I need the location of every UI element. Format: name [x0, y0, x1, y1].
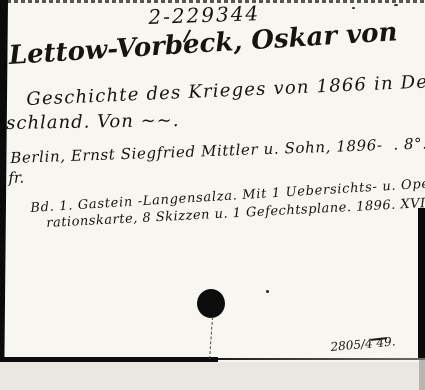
imprint-line-2: fr.	[8, 169, 24, 186]
card-bottom-edge-thin	[218, 358, 425, 360]
hole-punch	[197, 289, 225, 318]
ink-speck	[394, 4, 398, 6]
card-right-edge-shadow	[419, 360, 425, 390]
ink-speck	[266, 290, 269, 293]
title-line-2: schland. Von ~~.	[6, 111, 180, 134]
ink-speck	[352, 7, 355, 9]
catalog-card-scan: 2-229344 Lettow-Vorbeck, Oskar von Gesch…	[0, 0, 425, 390]
card-right-edge	[418, 208, 425, 360]
card-bottom-edge	[0, 357, 218, 362]
call-number: 2-229344	[148, 2, 261, 28]
